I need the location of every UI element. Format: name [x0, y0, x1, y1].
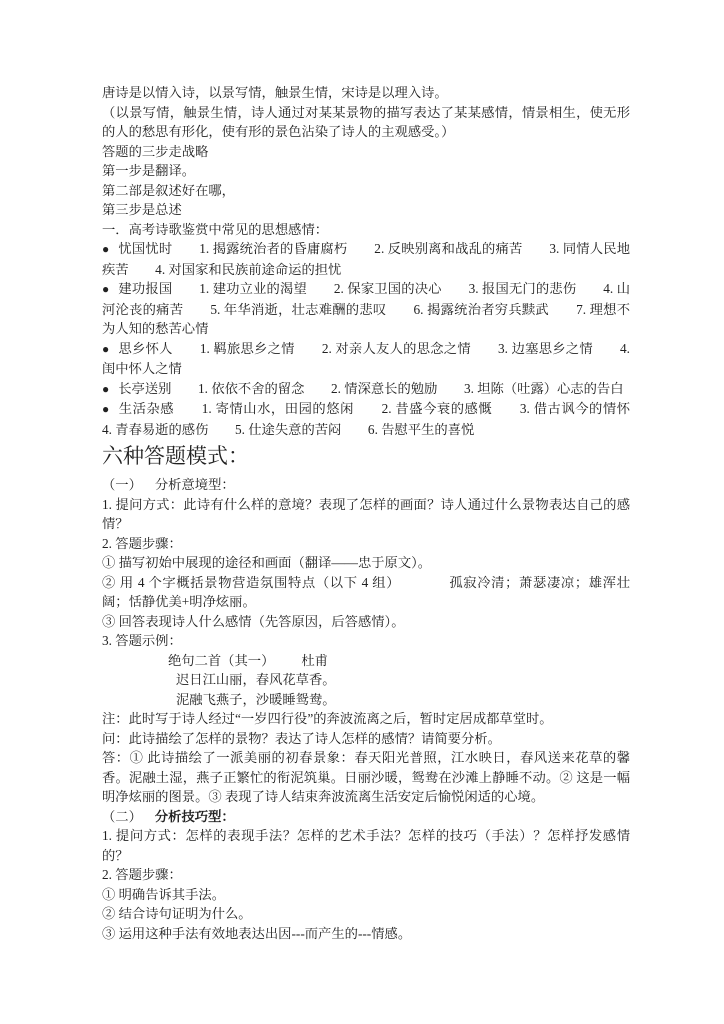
mode1-step: ① 描写初始中展现的途径和画面（翻译——忠于原文）。 [102, 553, 630, 573]
mode2-label: （二） [102, 809, 142, 824]
emotion-bullet-changting: ●长亭送别 1. 依依不舍的留念 2. 情深意长的勉励 3. 坦陈（吐露）心志的… [102, 379, 630, 400]
bullet-icon: ● [102, 280, 109, 300]
mode1-ask: 1. 提问方式：此诗有什么样的意境？表现了怎样的画面？诗人通过什么景物表达自己的… [102, 495, 630, 534]
emotions-heading: 一．高考诗歌鉴赏中常见的思想感情： [102, 220, 630, 240]
emotion-text: 思乡怀人 1. 羁旅思乡之情 2. 对亲人友人的思念之情 3. 边塞思乡之情 4… [102, 341, 630, 377]
bullet-icon: ● [102, 400, 109, 420]
poem-verse: 泥融飞燕子，沙暖睡鸳鸯。 [102, 690, 630, 710]
mode1-step: ③ 回答表现诗人什么感情（先答原因，后答感情）。 [102, 612, 630, 632]
mode2-step: ③ 运用这种手法有效地表达出因---而产生的---情感。 [102, 924, 630, 944]
mode1-label: （一） [102, 477, 142, 492]
emotion-text: 忧国忧时 1. 揭露统治者的昏庸腐朽 2. 反映别离和战乱的痛苦 3. 同情人民… [102, 241, 630, 277]
emotion-text: 建功报国 1. 建功立业的渴望 2. 保家卫国的决心 3. 报国无门的悲伤 4.… [102, 281, 630, 336]
mode1-steps-label: 2. 答题步骤： [102, 534, 630, 554]
poem-note: 注：此时写于诗人经过“一岁四行役”的奔波流离之后，暂时定居成都草堂时。 [102, 709, 630, 729]
emotion-bullet-shenghuo: ●生活杂感 1. 寄情山水，田园的悠闲 2. 昔盛今衰的感慨 3. 借古讽今的情… [102, 399, 630, 439]
emotion-bullet-youguo: ●忧国忧时 1. 揭露统治者的昏庸腐朽 2. 反映别离和战乱的痛苦 3. 同情人… [102, 239, 630, 279]
intro-paragraph: （以景写情，触景生情，诗人通过对某某景物的描写表达了某某感情，情景相生，使无形的… [102, 103, 630, 142]
bullet-icon: ● [102, 380, 109, 400]
mode1-example-label: 3. 答题示例： [102, 631, 630, 651]
emotion-bullet-sixiang: ●思乡怀人 1. 羁旅思乡之情 2. 对亲人友人的思念之情 3. 边塞思乡之情 … [102, 339, 630, 379]
example-question: 问：此诗描绘了怎样的景物？表达了诗人怎样的感情？请简要分析。 [102, 729, 630, 749]
mode1-step: ② 用 4 个字概括景物营造氛围特点（以下 4 组） 孤寂冷清；萧瑟凄凉；雄浑壮… [102, 573, 630, 612]
intro-paragraph: 答题的三步走战略 [102, 142, 630, 162]
mode2-heading: （二）分析技巧型： [102, 807, 630, 827]
emotion-text: 生活杂感 1. 寄情山水，田园的悠闲 2. 昔盛今衰的感慨 3. 借古讽今的情怀… [102, 401, 657, 437]
poem-verse: 迟日江山丽，春风花草香。 [102, 670, 630, 690]
poem-author: 杜甫 [301, 653, 328, 668]
document-page: 唐诗是以情入诗，以景写情，触景生情，宋诗是以理入诗。 （以景写情，触景生情，诗人… [0, 0, 724, 1024]
intro-paragraph: 第一步是翻译。 [102, 161, 630, 181]
emotion-bullet-jiangong: ●建功报国 1. 建功立业的渴望 2. 保家卫国的决心 3. 报国无门的悲伤 4… [102, 279, 630, 339]
intro-paragraph: 第二部是叙述好在哪， [102, 181, 630, 201]
mode2-title: 分析技巧型： [155, 809, 235, 824]
mode2-ask: 1. 提问方式：怎样的表现手法？怎样的艺术手法？怎样的技巧（手法）？怎样抒发感情… [102, 826, 630, 865]
bullet-icon: ● [102, 340, 109, 360]
mode1-heading: （一）分析意境型： [102, 475, 630, 495]
mode2-steps-label: 2. 答题步骤： [102, 865, 630, 885]
emotion-text: 长亭送别 1. 依依不舍的留念 2. 情深意长的勉励 3. 坦陈（吐露）心志的告… [118, 381, 623, 396]
mode2-step: ② 结合诗句证明为什么。 [102, 904, 630, 924]
intro-paragraph: 唐诗是以情入诗，以景写情，触景生情，宋诗是以理入诗。 [102, 83, 630, 103]
intro-paragraph: 第三步是总述 [102, 200, 630, 220]
main-heading: 六种答题模式： [102, 443, 630, 470]
mode1-title: 分析意境型： [155, 477, 235, 492]
poem-title-row: 绝句二首（其一）杜甫 [102, 651, 630, 671]
example-answer: 答：① 此诗描绘了一派美丽的初春景象：春天阳光普照，江水映日，春风送来花草的馨香… [102, 748, 630, 807]
bullet-icon: ● [102, 240, 109, 260]
poem-title: 绝句二首（其一） [168, 653, 274, 668]
mode2-step: ① 明确告诉其手法。 [102, 885, 630, 905]
